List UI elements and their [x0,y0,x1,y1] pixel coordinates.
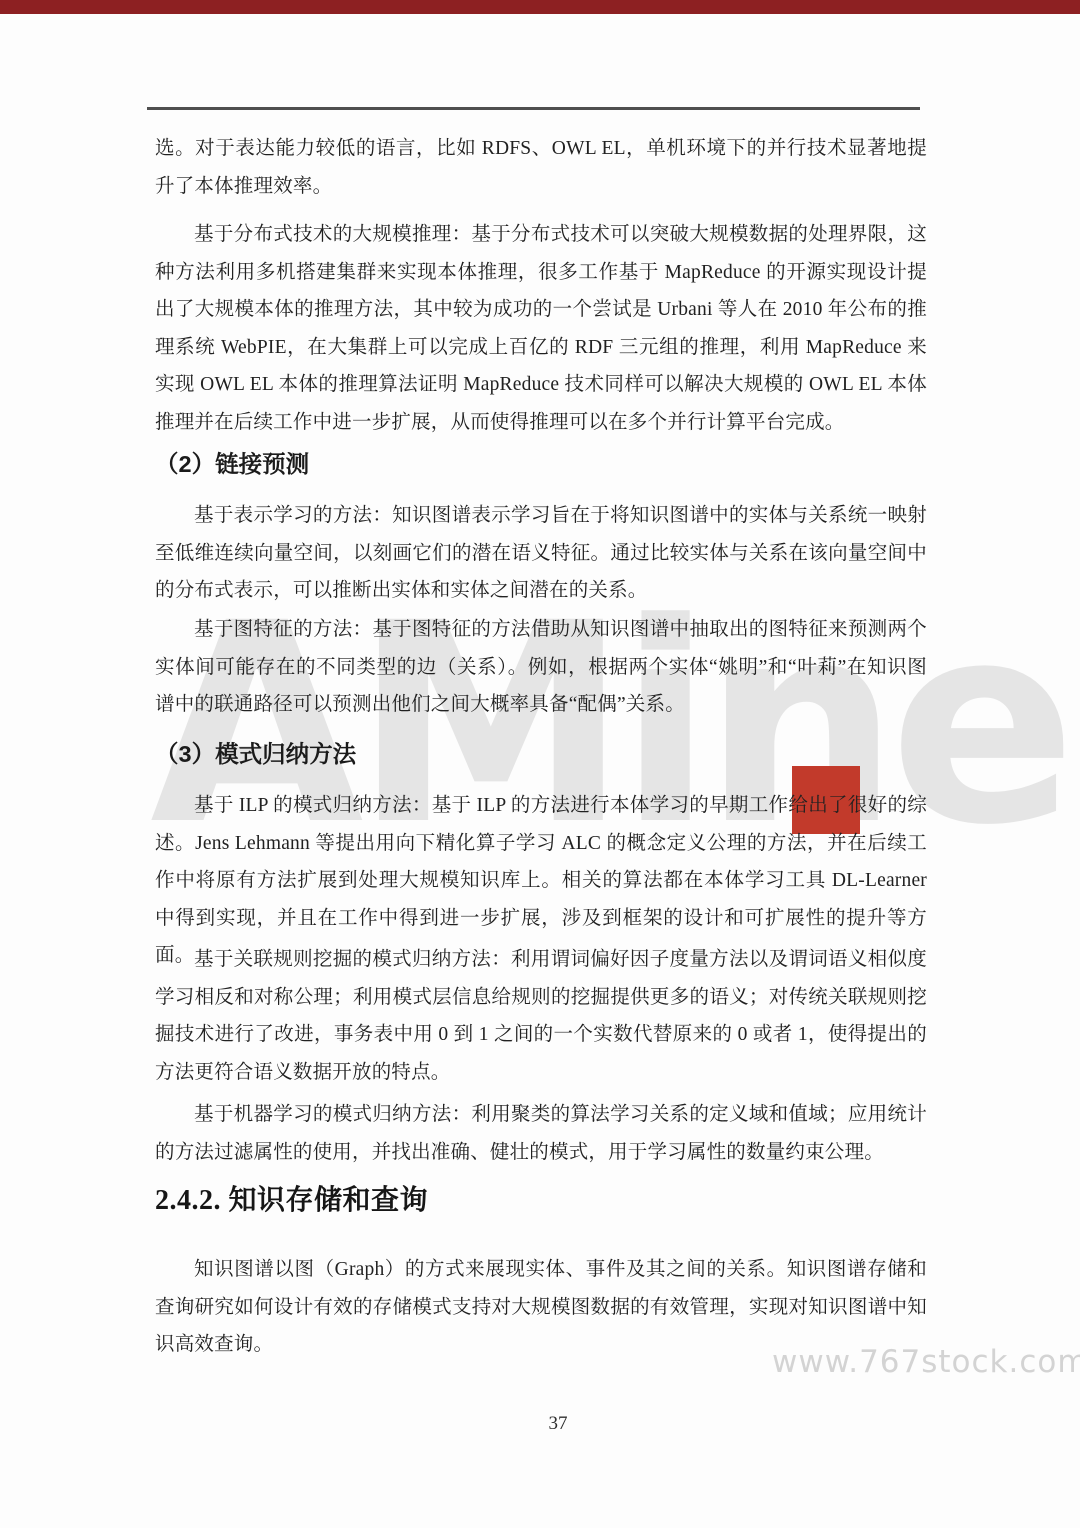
paragraph-graph-feature: 基于图特征的方法：基于图特征的方法借助从知识图谱中抽取出的图特征来预测两个实体间… [155,611,927,724]
heading-link-prediction: （2）链接预测 [155,449,927,479]
document-page: AMiner 选。对于表达能力较低的语言，比如 RDFS、OWL EL，单机环境… [0,0,1080,1528]
paragraph-association-rule: 基于关联规则挖掘的模式归纳方法：利用谓词偏好因子度量方法以及谓词语义相似度学习相… [155,941,927,1091]
heading-schema-induction: （3）模式归纳方法 [155,739,927,769]
page-number: 37 [0,1413,1080,1435]
paragraph-distributed-reasoning: 基于分布式技术的大规模推理：基于分布式技术可以突破大规模数据的处理界限，这种方法… [155,216,927,441]
header-rule [147,107,920,110]
paragraph-continuation: 选。对于表达能力较低的语言，比如 RDFS、OWL EL，单机环境下的并行技术显… [155,130,927,205]
stock-url-watermark: www.767stock.com [772,1345,1080,1379]
heading-storage-query: 2.4.2. 知识存储和查询 [155,1184,927,1218]
paragraph-representation-learning: 基于表示学习的方法：知识图谱表示学习旨在于将知识图谱中的实体与关系统一映射至低维… [155,497,927,610]
paragraph-machine-learning: 基于机器学习的模式归纳方法：利用聚类的算法学习关系的定义域和值域；应用统计的方法… [155,1096,927,1171]
top-red-bar [0,0,1080,14]
